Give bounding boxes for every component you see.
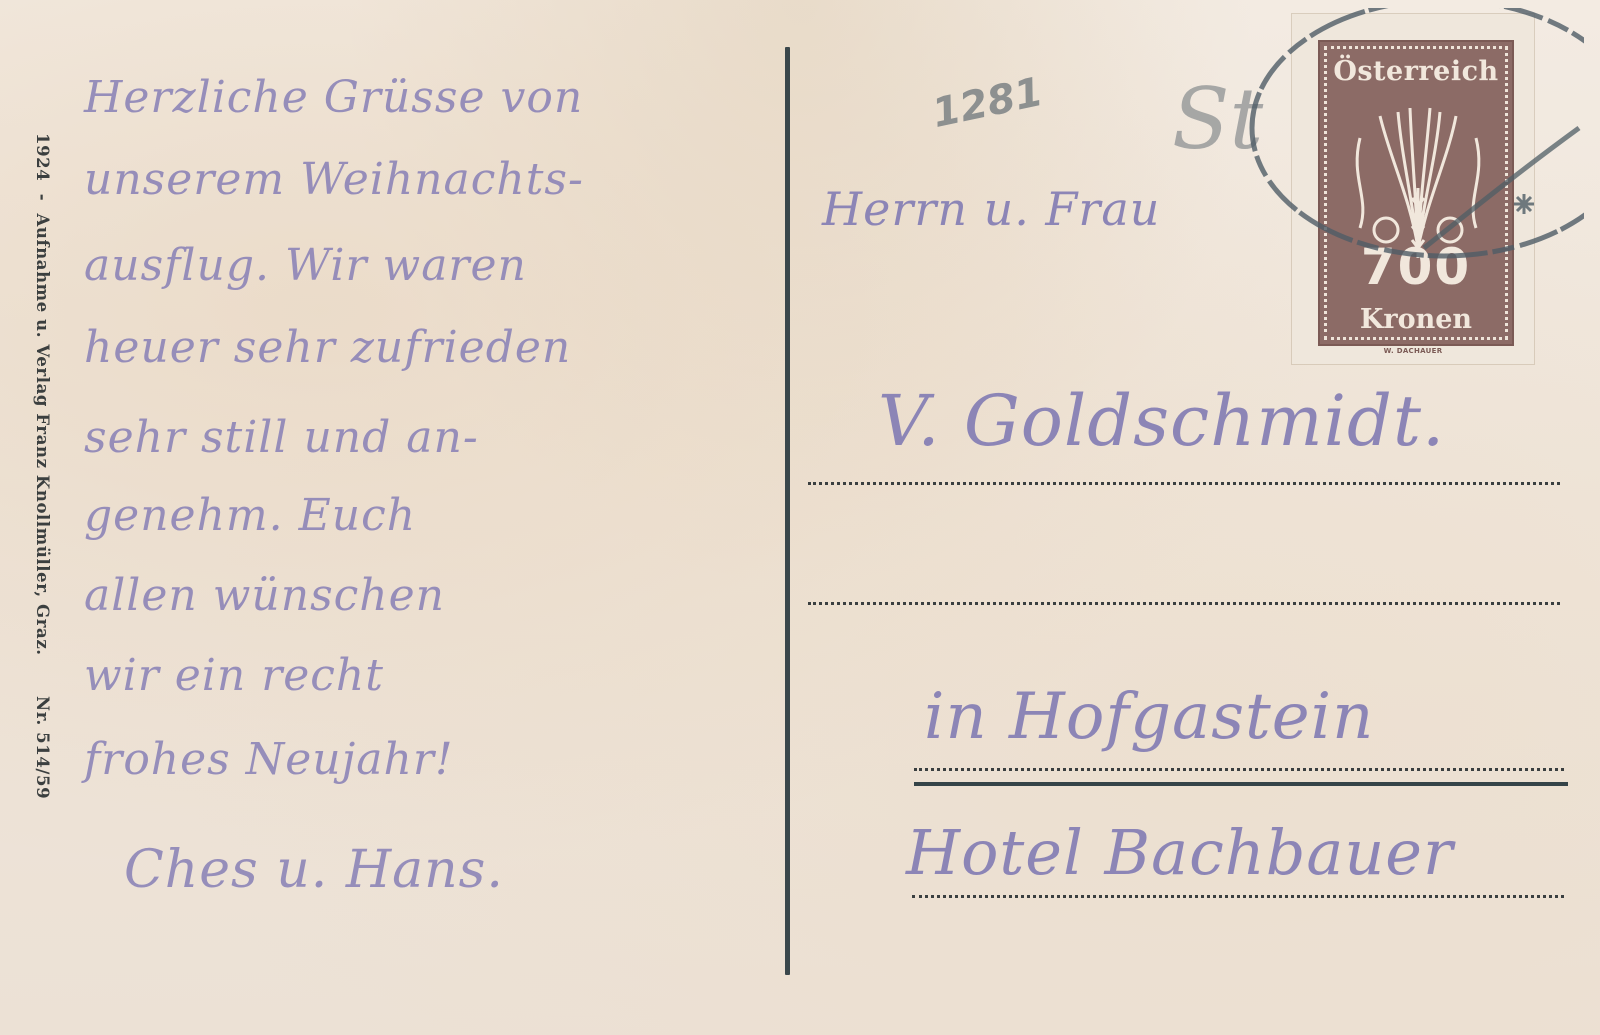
message-line: unserem Weihnachts- bbox=[84, 154, 584, 205]
message-line: frohes Neujahr! bbox=[84, 734, 454, 785]
address-line-4 bbox=[912, 895, 1564, 898]
message-line: sehr still und an- bbox=[84, 412, 479, 463]
message-line: wir ein recht bbox=[84, 650, 384, 701]
message-line: ausflug. Wir waren bbox=[84, 240, 527, 291]
address-line-3 bbox=[914, 768, 1564, 771]
message-line: allen wünschen bbox=[84, 570, 445, 621]
address-line-2 bbox=[808, 602, 1560, 605]
address-line-1 bbox=[808, 482, 1560, 485]
address-name: V. Goldschmidt. bbox=[878, 380, 1445, 462]
address-salutation: Herrn u. Frau bbox=[822, 182, 1160, 236]
pencil-note: 1281 bbox=[928, 69, 1046, 137]
address-underline bbox=[914, 782, 1568, 786]
message-line: Herzliche Grüsse von bbox=[84, 72, 583, 123]
imprint-number: Nr. 514/59 bbox=[33, 696, 52, 799]
pencil-initial: St bbox=[1172, 70, 1263, 168]
postcard-back: 1924 - Aufnahme u. Verlag Franz Knollmül… bbox=[0, 0, 1600, 1035]
center-divider bbox=[785, 47, 790, 975]
address-street: Hotel Bachbauer bbox=[906, 816, 1454, 889]
publisher-imprint: 1924 - Aufnahme u. Verlag Franz Knollmül… bbox=[33, 133, 52, 933]
address-town: in Hofgastein bbox=[924, 680, 1374, 754]
imprint-text: Aufnahme u. Verlag Franz Knollmüller, Gr… bbox=[33, 214, 52, 656]
stamp-design: Österreich 700 Kronen bbox=[1318, 40, 1514, 346]
stamp-country: Österreich bbox=[1320, 56, 1512, 87]
stamp-designer: W. DACHAUER bbox=[1292, 347, 1534, 355]
imprint-year: 1924 bbox=[33, 133, 52, 181]
message-line: genehm. Euch bbox=[84, 490, 416, 541]
postage-stamp: Österreich 700 Kronen bbox=[1292, 14, 1534, 364]
imprint-separator: - bbox=[33, 194, 52, 201]
stamp-value: 700 bbox=[1320, 238, 1512, 296]
message-line: heuer sehr zufrieden bbox=[84, 322, 571, 373]
message-signature: Ches u. Hans. bbox=[124, 840, 504, 900]
stamp-currency: Kronen bbox=[1320, 304, 1512, 335]
